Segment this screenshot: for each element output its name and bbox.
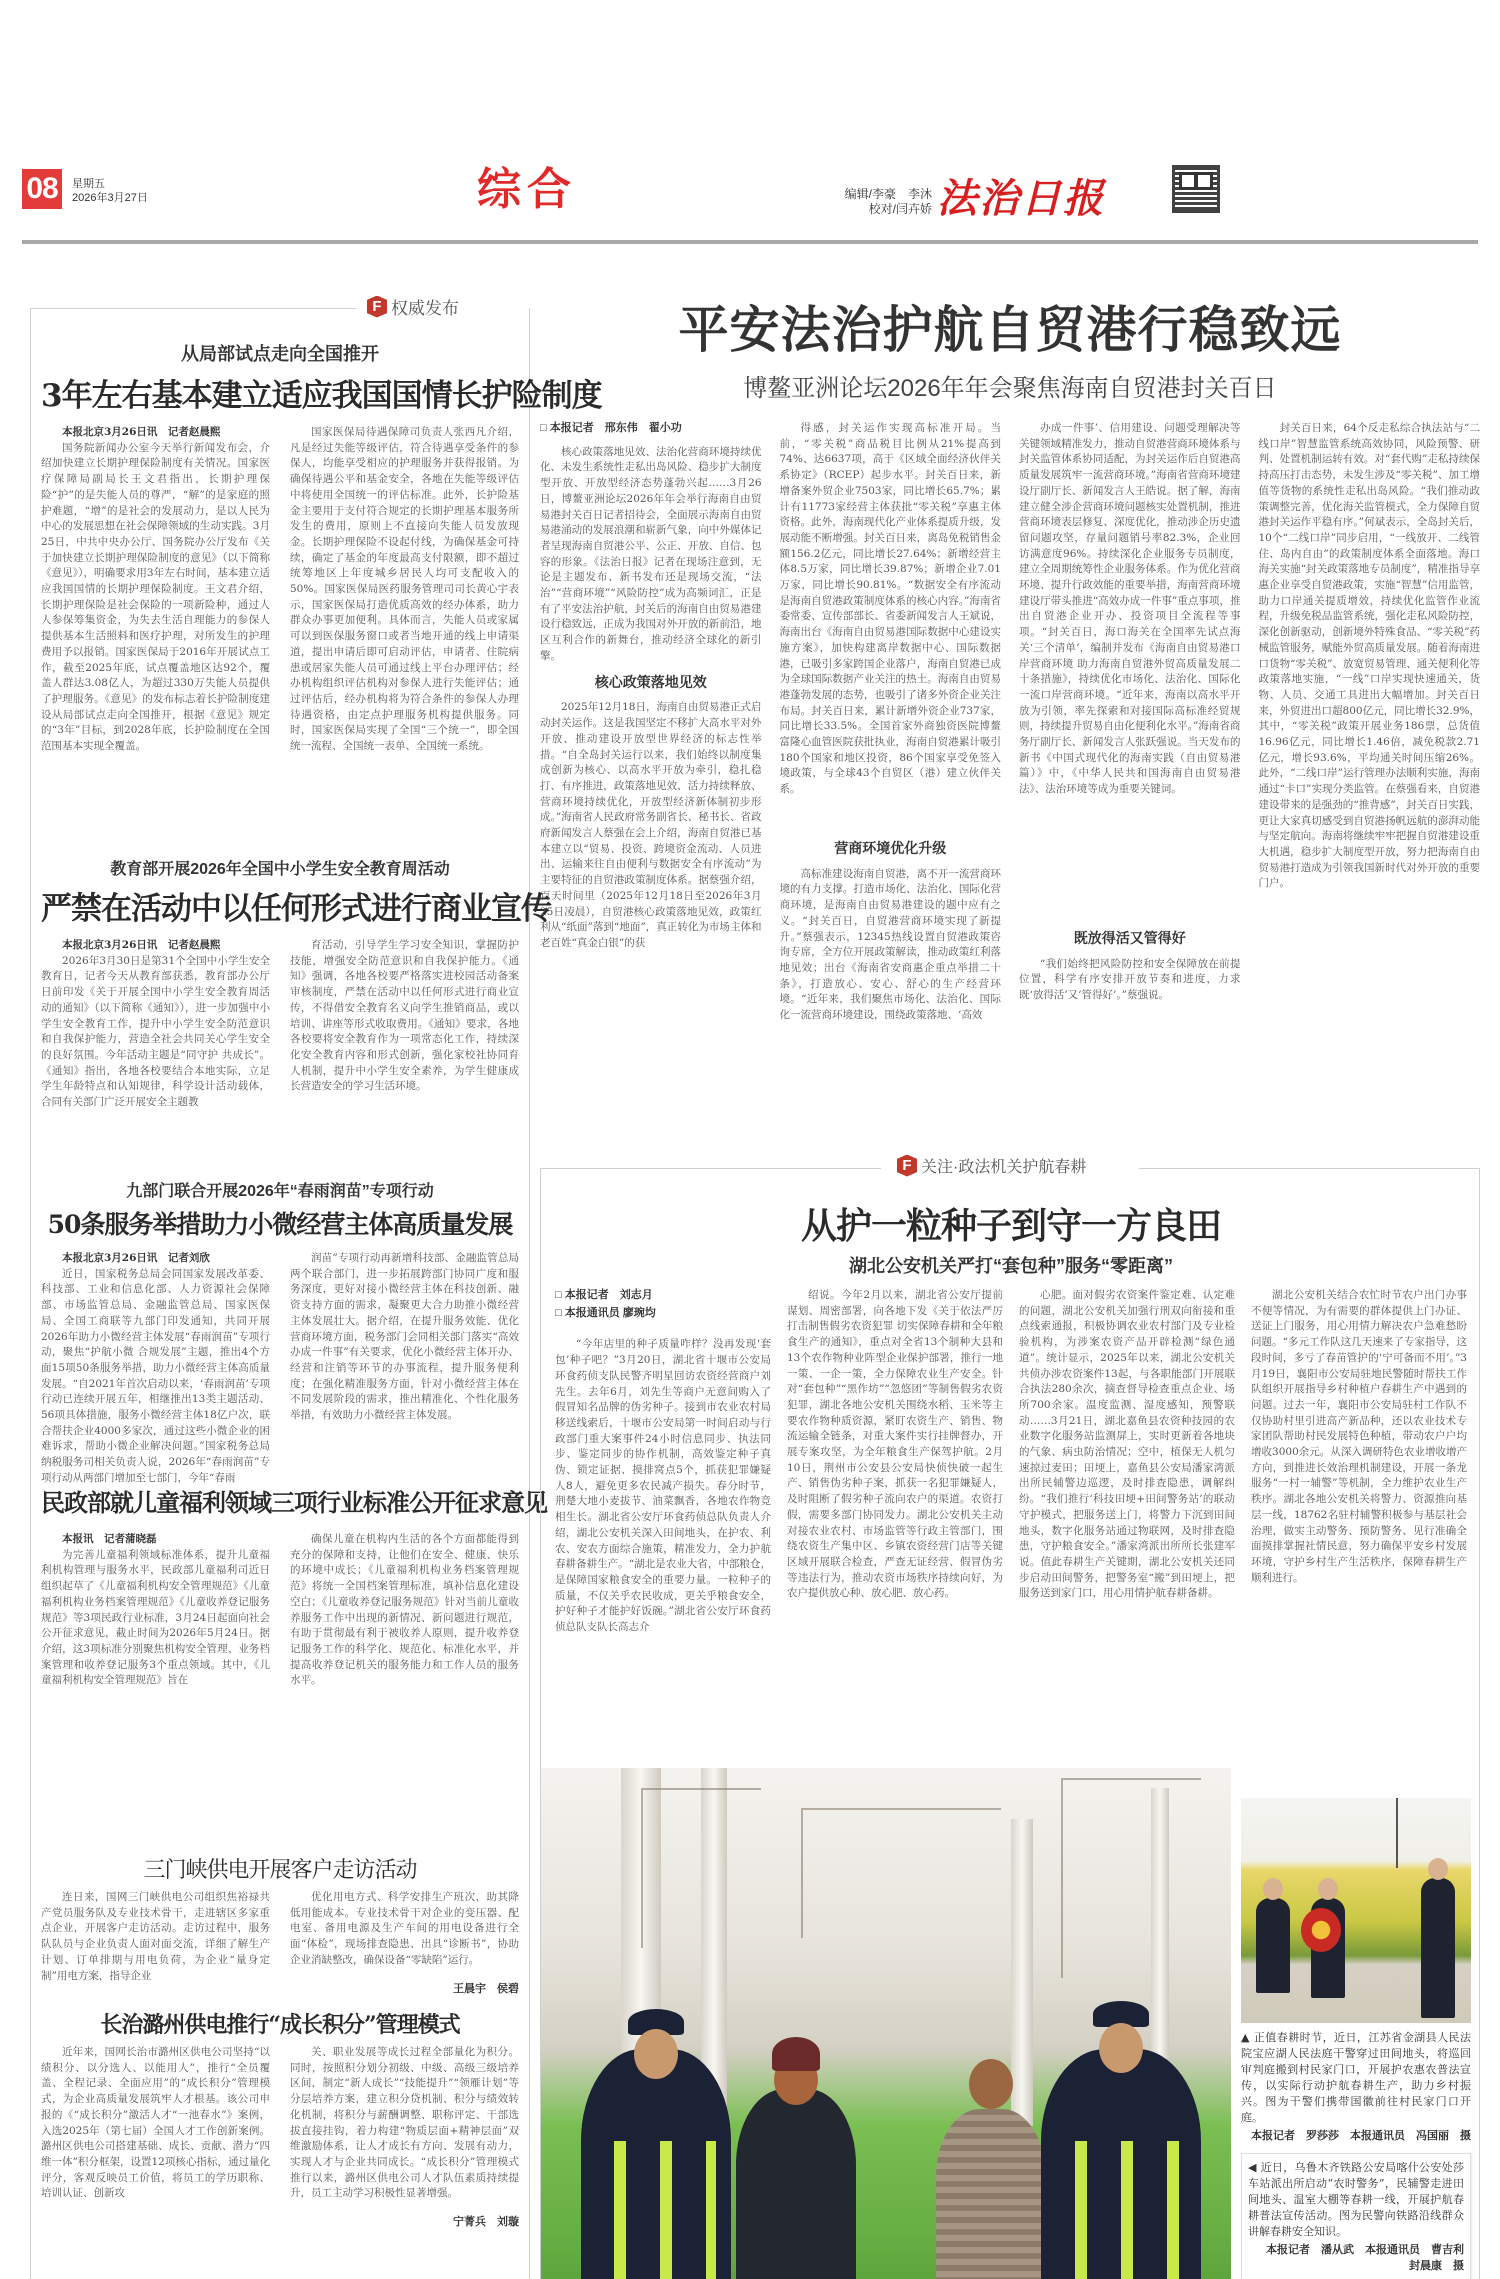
article-body: 湖北公安机关结合农忙时节农户出门办事不便等情况，为有需要的群体提供上门办证、送证… [1251, 1288, 1467, 1586]
article-body: 连日来，国网三门峡供电公司组织焦裕禄共产党员服务队及专业技术骨干，走进辖区多家重… [41, 1890, 270, 1984]
page-number: 08 [22, 169, 62, 209]
paper-logo: 法治日报 [937, 167, 1105, 224]
article-body: 育活动，引导学生学习安全知识，掌握防护技能，增强安全防范意识和自我保护能力。《通… [290, 938, 519, 1095]
photo-police-with-farmers [541, 1768, 1231, 2279]
photo-court-judges [1241, 1798, 1471, 2023]
article-headline: 三门峡供电开展客户走访活动 [41, 1853, 519, 1884]
article-body: 绍说。今年2月以来，湖北省公安厅提前谋划、周密部署，向各地下发《关于依法严厉打击… [787, 1288, 1003, 1602]
feature-headline: 从护一粒种子到守一方良田 [541, 1198, 1481, 1249]
police-officer-right [1041, 2049, 1201, 2279]
brand-f-icon: F [897, 1155, 917, 1177]
weekday: 星期五 [72, 177, 148, 191]
article-changzhi-power: 长治潞州供电推行“成长积分”管理模式 近年来，国网长治市潞州区供电公司坚持“以绩… [41, 2008, 519, 2245]
main-article: 平安法治护航自贸港行稳致远 博鳌亚洲论坛2026年年会聚焦海南自贸港封关百日 □… [540, 290, 1480, 1041]
article-body: 2025年12月18日，海南自由贸易港正式启动封关运作。这是我国坚定不移扩大高水… [540, 700, 762, 951]
section-title: 综合 [477, 165, 577, 215]
left-column-box: F 权威发布 从局部试点走向全国推开 3年左右基本建立适应我国国情长护险制度 本… [30, 308, 530, 2279]
issue-date: 星期五 2026年3月27日 [72, 177, 148, 205]
article-body: 办成一件事’、信用建设、问题受理解决等关键领域精准发力，推动自贸港营商环境体系与… [1019, 421, 1241, 921]
masthead-divider [22, 240, 1478, 244]
article-body: 高标准建设海南自贸港，离不开一流营商环境的有力支撑。打造市场化、法治化、国际化营… [780, 867, 1002, 1024]
article-headline: 50条服务举措助力小微经营主体高质量发展 [41, 1205, 519, 1241]
article-dateline: 本报讯 记者蒲晓磊 [62, 1533, 157, 1545]
article-spring-rain: 九部门联合开展2026年“春雨润苗”专项行动 50条服务举措助力小微经营主体高质… [41, 1178, 519, 1486]
police-officer-left [581, 2049, 731, 2279]
feature-byline: □ 本报通讯员 廖琬均 [555, 1306, 771, 1322]
article-body: 国家医保局待遇保障司负责人张西凡介绍，凡是经过失能等级评估，符合待遇享受条件的参… [290, 425, 519, 755]
article-headline: 严禁在活动中以任何形式进行商业宣传 [41, 883, 519, 928]
masthead: 08 星期五 2026年3月27日 综合 编辑/李豪 李沐 校对/闫卉娇 法治日… [22, 165, 1500, 235]
article-headline: 长治潞州供电推行“成长积分”管理模式 [41, 2008, 519, 2039]
article-body: 优化用电方式、科学安排生产班次，助其降低用能成本。专业技术骨干对企业的变压器、配… [290, 1890, 519, 1982]
article-body: “今年店里的种子质量咋样？没再发现‘套包’种子吧？”3月20日，湖北省十堰市公安… [555, 1337, 771, 1635]
tree [1011, 1819, 1033, 2126]
article-body: 为完善儿童福利领域标准体系，提升儿童福利机构管理与服务水平，民政部儿童福利司近日… [41, 1548, 270, 1689]
photo-credit: 本报记者 罗莎莎 本报通讯员 冯国丽 摄 [1241, 2128, 1471, 2144]
article-body: 核心政策落地见效、法治化营商环境持续优化、未发生系统性走私出岛风险、稳步扩大制度… [540, 445, 762, 665]
article-kicker: 教育部开展2026年全国中小学生安全教育周活动 [41, 856, 519, 879]
article-body: 确保儿童在机构内生活的各个方面都能得到充分的保障和支持，让他们在安全、健康、快乐… [290, 1532, 519, 1689]
article-body: 国务院新闻办公室今天举行新闻发布会，介绍加快建立长期护理保险制度有关情况。国家医… [41, 441, 270, 755]
article-body: 润苗”专项行动再新增科技部、金融监管总局两个联合部门，进一步拓展跨部门协同广度和… [290, 1251, 519, 1424]
farmer-woman [736, 2089, 856, 2279]
main-byline: □ 本报记者 邢东伟 翟小功 [540, 421, 762, 437]
section-tag: F 关注·政法机关护航春耕 [891, 1154, 1092, 1177]
article-body: “我们始终把风险防控和安全保障放在前提位置，科学有序安排开放节奏和进度，力求既‘… [1019, 957, 1241, 1004]
qr-code-icon[interactable] [1172, 165, 1220, 213]
proofreader: 校对/闫卉娇 [792, 202, 932, 217]
article-long-term-care: 从局部试点走向全国推开 3年左右基本建立适应我国国情长护险制度 本报北京3月26… [41, 340, 519, 805]
feature-subheadline: 湖北公安机关严打“套包种”服务“零距离” [541, 1252, 1481, 1278]
article-headline: 3年左右基本建立适应我国国情长护险制度 [41, 370, 519, 415]
feature-box: F 关注·政法机关护航春耕 从护一粒种子到守一方良田 湖北公安机关严打“套包种”… [540, 1168, 1480, 2279]
section-subhead: 核心政策落地见效 [540, 675, 762, 691]
national-emblem-icon [1301, 1908, 1341, 1952]
section-subhead: 既放得活又管得好 [1019, 931, 1241, 947]
side-photo-caption: ▲ 正值春耕时节，近日，江苏省金湖县人民法院宝应湖人民法庭干警穿过田间地头，将巡… [1241, 2030, 1471, 2144]
farmer-man [936, 2109, 1046, 2279]
tag-label: 关注·政法机关护航春耕 [921, 1154, 1086, 1177]
main-subheadline: 博鳌亚洲论坛2026年年会聚焦海南自贸港封关百日 [540, 368, 1480, 403]
article-credit: 王晨宇 侯碧 [290, 1982, 519, 1998]
section-tag: F 权威发布 [361, 294, 465, 319]
article-kicker: 从局部试点走向全国推开 [41, 340, 519, 366]
article-credit: 宁菁兵 刘璇 [290, 2215, 519, 2231]
article-body: 封关百日来，64个反走私综合执法站与“二线口岸”智慧监管系统高效协同，风险预警、… [1259, 421, 1481, 892]
article-body: 近日，国家税务总局会同国家发展改革委、科技部、工业和信息化部、人力资源社会保障部… [41, 1267, 270, 1486]
article-body: 近年来，国网长治市潞州区供电公司坚持“以绩积分、以分选人、以能用人”，推行“全员… [41, 2045, 270, 2202]
article-safety-education: 教育部开展2026年全国中小学生安全教育周活动 严禁在活动中以任何形式进行商业宣… [41, 856, 519, 1143]
editors: 编辑/李豪 李沐 [792, 187, 932, 202]
article-headline: 民政部就儿童福利领域三项行业标准公开征求意见 [41, 1483, 519, 1518]
bottom-photo-caption: ◀ 近日，乌鲁木齐铁路公安局喀什公安处莎车站派出所启动“农时警务”，民辅警走进田… [1241, 2153, 1471, 2279]
main-headline: 平安法治护航自贸港行稳致远 [540, 290, 1480, 362]
article-dateline: 本报北京3月26日讯 记者刘欣 [62, 1252, 210, 1264]
article-kicker: 九部门联合开展2026年“春雨润苗”专项行动 [41, 1178, 519, 1201]
feature-byline: □ 本报记者 刘志月 [555, 1288, 771, 1304]
article-body: 2026年3月30日是第31个全国中小学生安全教育日，记者今天从教育部获悉，教育… [41, 954, 270, 1111]
photo-credit: 本报记者 潘从武 本报通讯员 曹吉利 封晨康 摄 [1248, 2242, 1464, 2274]
judge-1 [1256, 1898, 1290, 1993]
judge-3 [1421, 1878, 1455, 2018]
brand-f-icon: F [367, 296, 387, 318]
article-dateline: 本报北京3月26日讯 记者赵晨熙 [62, 939, 220, 951]
section-subhead: 营商环境优化升级 [780, 841, 1002, 857]
editor-credits: 编辑/李豪 李沐 校对/闫卉娇 [792, 187, 932, 217]
article-body: 心肥。面对假劣农资案件鉴定难、认定难的问题，湖北公安机关加强行刑双向衔接和重点线… [1019, 1288, 1235, 1602]
date: 2026年3月27日 [72, 191, 148, 205]
article-dateline: 本报北京3月26日讯 记者赵晨熙 [62, 426, 220, 438]
article-body: 得感，封关运作实现高标准开局。当前，“零关税”商品税目比例从21%提高到74%、… [780, 421, 1002, 831]
article-sanmenxia-power: 三门峡供电开展客户走访活动 连日来，国网三门峡供电公司组织焦裕禄共产党员服务队及… [41, 1853, 519, 2000]
newspaper-page: 08 星期五 2026年3月27日 综合 编辑/李豪 李沐 校对/闫卉娇 法治日… [0, 0, 1500, 2279]
tag-label: 权威发布 [391, 294, 459, 319]
article-child-welfare: 民政部就儿童福利领域三项行业标准公开征求意见 本报讯 记者蒲晓磊 为完善儿童福利… [41, 1483, 519, 1737]
article-body: 关、职业发展等成长过程全部量化为积分。同时，按照积分划分初级、中级、高级三级培养… [290, 2045, 519, 2215]
